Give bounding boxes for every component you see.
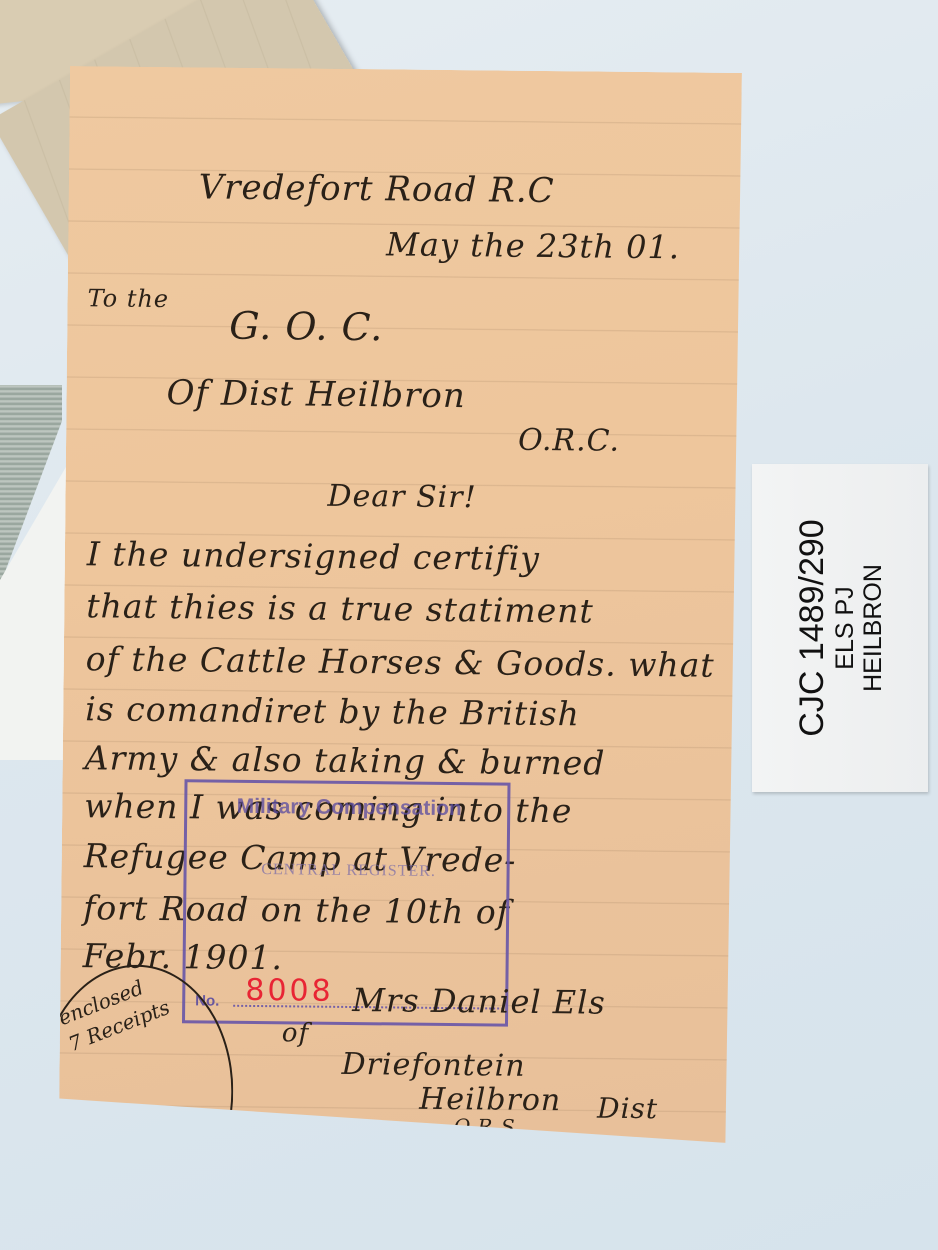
signature-district-suffix: Dist	[597, 1092, 658, 1126]
archive-label-text: CJC 1489/290 ELS PJ HEILBRON	[793, 519, 887, 736]
stamp-title: Military Compensation	[193, 794, 505, 821]
archive-reference: CJC 1489/290	[793, 519, 831, 736]
addressee-district: Of Dist Heilbron	[166, 373, 466, 416]
archive-name: ELS PJ	[831, 519, 859, 736]
body-line: that thies is a true statiment	[86, 586, 594, 630]
addressee-to: To the	[87, 284, 169, 313]
signature-district: Heilbron	[419, 1082, 561, 1118]
body-line: I the undersigned certifiy	[87, 534, 540, 578]
letter-sheet: Vredefort Road R.C May the 23th 01. To t…	[59, 66, 742, 1143]
signature-of: of	[282, 1018, 310, 1048]
signature-region: O.R.S	[454, 1114, 516, 1139]
signature-name: Mrs Daniel Els	[352, 981, 606, 1022]
stamp-number: 8008	[245, 973, 334, 1009]
addressee-title: G. O. C.	[229, 304, 383, 350]
archive-place: HEILBRON	[859, 519, 887, 736]
letter-place: Vredefort Road R.C	[199, 167, 555, 211]
body-line: Army & also taking & burned	[85, 738, 606, 782]
stamp-subtitle: CENTRAL REGISTER.	[193, 860, 505, 881]
body-line: is comandiret by the British	[85, 689, 580, 733]
archive-label: CJC 1489/290 ELS PJ HEILBRON	[752, 464, 928, 792]
signature-farm: Driefontein	[341, 1047, 525, 1084]
salutation: Dear Sir!	[327, 479, 476, 516]
letter-date: May the 23th 01.	[386, 225, 680, 266]
addressee-region: O.R.C.	[518, 423, 620, 459]
body-line: of the Cattle Horses & Goods. what	[86, 639, 715, 685]
